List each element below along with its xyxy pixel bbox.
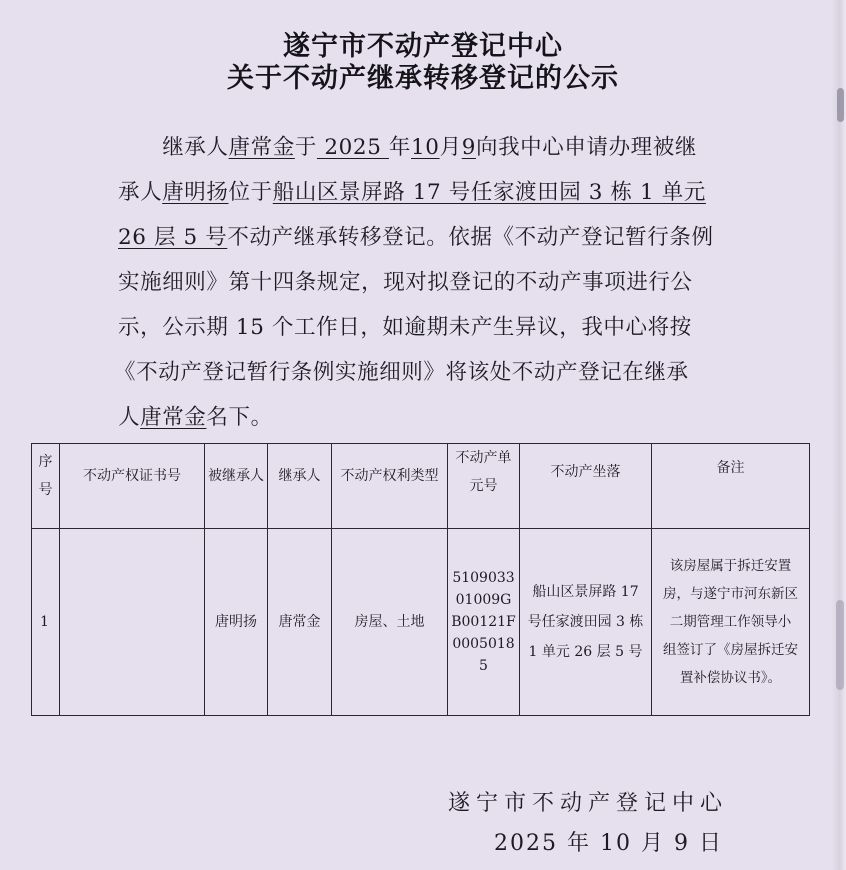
body-line-6: 《不动产登记暂行条例实施细则》将该处不动产登记在继承 [114, 350, 718, 395]
notice-body: 继承人唐常金于 2025 年10月9向我中心申请办理被继 承人唐明扬位于船山区景… [118, 125, 718, 440]
remarks-part: 组签订了《房屋拆迁安 [655, 636, 806, 664]
decedent-name: 唐明扬 [162, 180, 228, 205]
signature-date: 2025 年 10 月 9 日 [494, 826, 723, 857]
body-line-3: 26 层 5 号不动产继承转移登记。依据《不动产登记暂行条例 [118, 215, 718, 260]
body-line-1: 继承人唐常金于 2025 年10月9向我中心申请办理被继 [118, 125, 718, 170]
apply-year: 2025 [317, 135, 389, 160]
unit-no-part: B00121F [451, 611, 516, 633]
body-line-5: 示，公示期 15 个工作日，如逾期未产生异议，我中心将按 [118, 305, 718, 350]
header-seq: 序 号 [32, 444, 60, 529]
location-part: 1 单元 26 层 5 号 [523, 637, 648, 667]
header-right-type: 不动产权利类型 [332, 444, 448, 529]
static-text: 人 [118, 405, 140, 430]
header-unit-no: 不动产单 元号 [448, 444, 520, 529]
cell-decedent: 唐明扬 [205, 529, 268, 716]
cell-heir: 唐常金 [268, 529, 332, 716]
cell-location: 船山区景屏路 17 号任家渡田园 3 栋 1 单元 26 层 5 号 [520, 529, 652, 716]
static-text: 位于 [229, 180, 273, 205]
indent [118, 135, 162, 160]
body-line-4: 实施细则》第十四条规定，现对拟登记的不动产事项进行公 [118, 260, 718, 305]
static-text: 名下。 [206, 405, 272, 430]
cell-cert-no [60, 529, 205, 716]
header-location: 不动产坐落 [520, 444, 652, 529]
property-address: 船山区景屏路 17 号任家渡田园 3 栋 1 单元 [273, 180, 706, 205]
heir-name: 唐常金 [229, 135, 295, 160]
header-cert-no: 不动产权证书号 [60, 444, 205, 529]
header-decedent: 被继承人 [205, 444, 268, 529]
header-heir: 继承人 [268, 444, 332, 529]
unit-no-part: 5109033 [451, 567, 516, 589]
unit-no-part: 0005018 [451, 633, 516, 655]
property-address-cont: 26 层 5 号 [118, 225, 227, 250]
table-row: 1 唐明扬 唐常金 房屋、土地 5109033 01009G B00121F 0… [32, 529, 810, 716]
heir-name: 唐常金 [140, 405, 206, 430]
document-title-line2: 关于不动产继承转移登记的公示 [0, 56, 846, 95]
body-line-7: 人唐常金名下。 [118, 395, 718, 440]
static-text: 于 [295, 135, 317, 160]
remarks-part: 该房屋属于拆迁安置 [655, 552, 806, 580]
remarks-part: 置补偿协议书》。 [655, 664, 806, 692]
static-text: 年 [389, 135, 411, 160]
cell-seq: 1 [32, 529, 60, 716]
header-text: 号 [35, 476, 56, 504]
table-header-row: 序 号 不动产权证书号 被继承人 继承人 不动产权利类型 不动产单 元号 不动产… [32, 444, 810, 529]
decedent-label: 承人 [118, 180, 162, 205]
static-text: 向我中心申请办理被继 [476, 135, 697, 160]
signature-org: 遂宁市不动产登记中心 [448, 786, 728, 817]
unit-no-part: 5 [451, 655, 516, 677]
header-text: 不动产单 [451, 444, 516, 472]
property-table: 序 号 不动产权证书号 被继承人 继承人 不动产权利类型 不动产单 元号 不动产… [31, 443, 810, 716]
static-text: 不动产继承转移登记。依据《不动产登记暂行条例 [227, 225, 713, 250]
static-text: 月 [440, 135, 462, 160]
cell-unit-no: 5109033 01009G B00121F 0005018 5 [448, 529, 520, 716]
location-part: 号任家渡田园 3 栋 [523, 607, 648, 637]
scan-edge-mark [836, 600, 844, 690]
apply-day: 9 [462, 135, 476, 160]
location-part: 船山区景屏路 17 [523, 577, 648, 607]
scan-page-edge [832, 0, 846, 870]
header-remarks: 备注 [652, 444, 810, 529]
cell-right-type: 房屋、土地 [332, 529, 448, 716]
header-text: 序 [35, 448, 56, 476]
apply-month: 10 [411, 135, 440, 160]
cell-remarks: 该房屋属于拆迁安置 房，与遂宁市河东新区 二期管理工作领导小 组签订了《房屋拆迁… [652, 529, 810, 716]
remarks-part: 二期管理工作领导小 [655, 608, 806, 636]
remarks-part: 房，与遂宁市河东新区 [655, 580, 806, 608]
header-text: 元号 [451, 472, 516, 500]
unit-no-part: 01009G [451, 589, 516, 611]
body-line-2: 承人唐明扬位于船山区景屏路 17 号任家渡田园 3 栋 1 单元 [118, 170, 718, 215]
heir-label: 继承人 [162, 135, 228, 160]
